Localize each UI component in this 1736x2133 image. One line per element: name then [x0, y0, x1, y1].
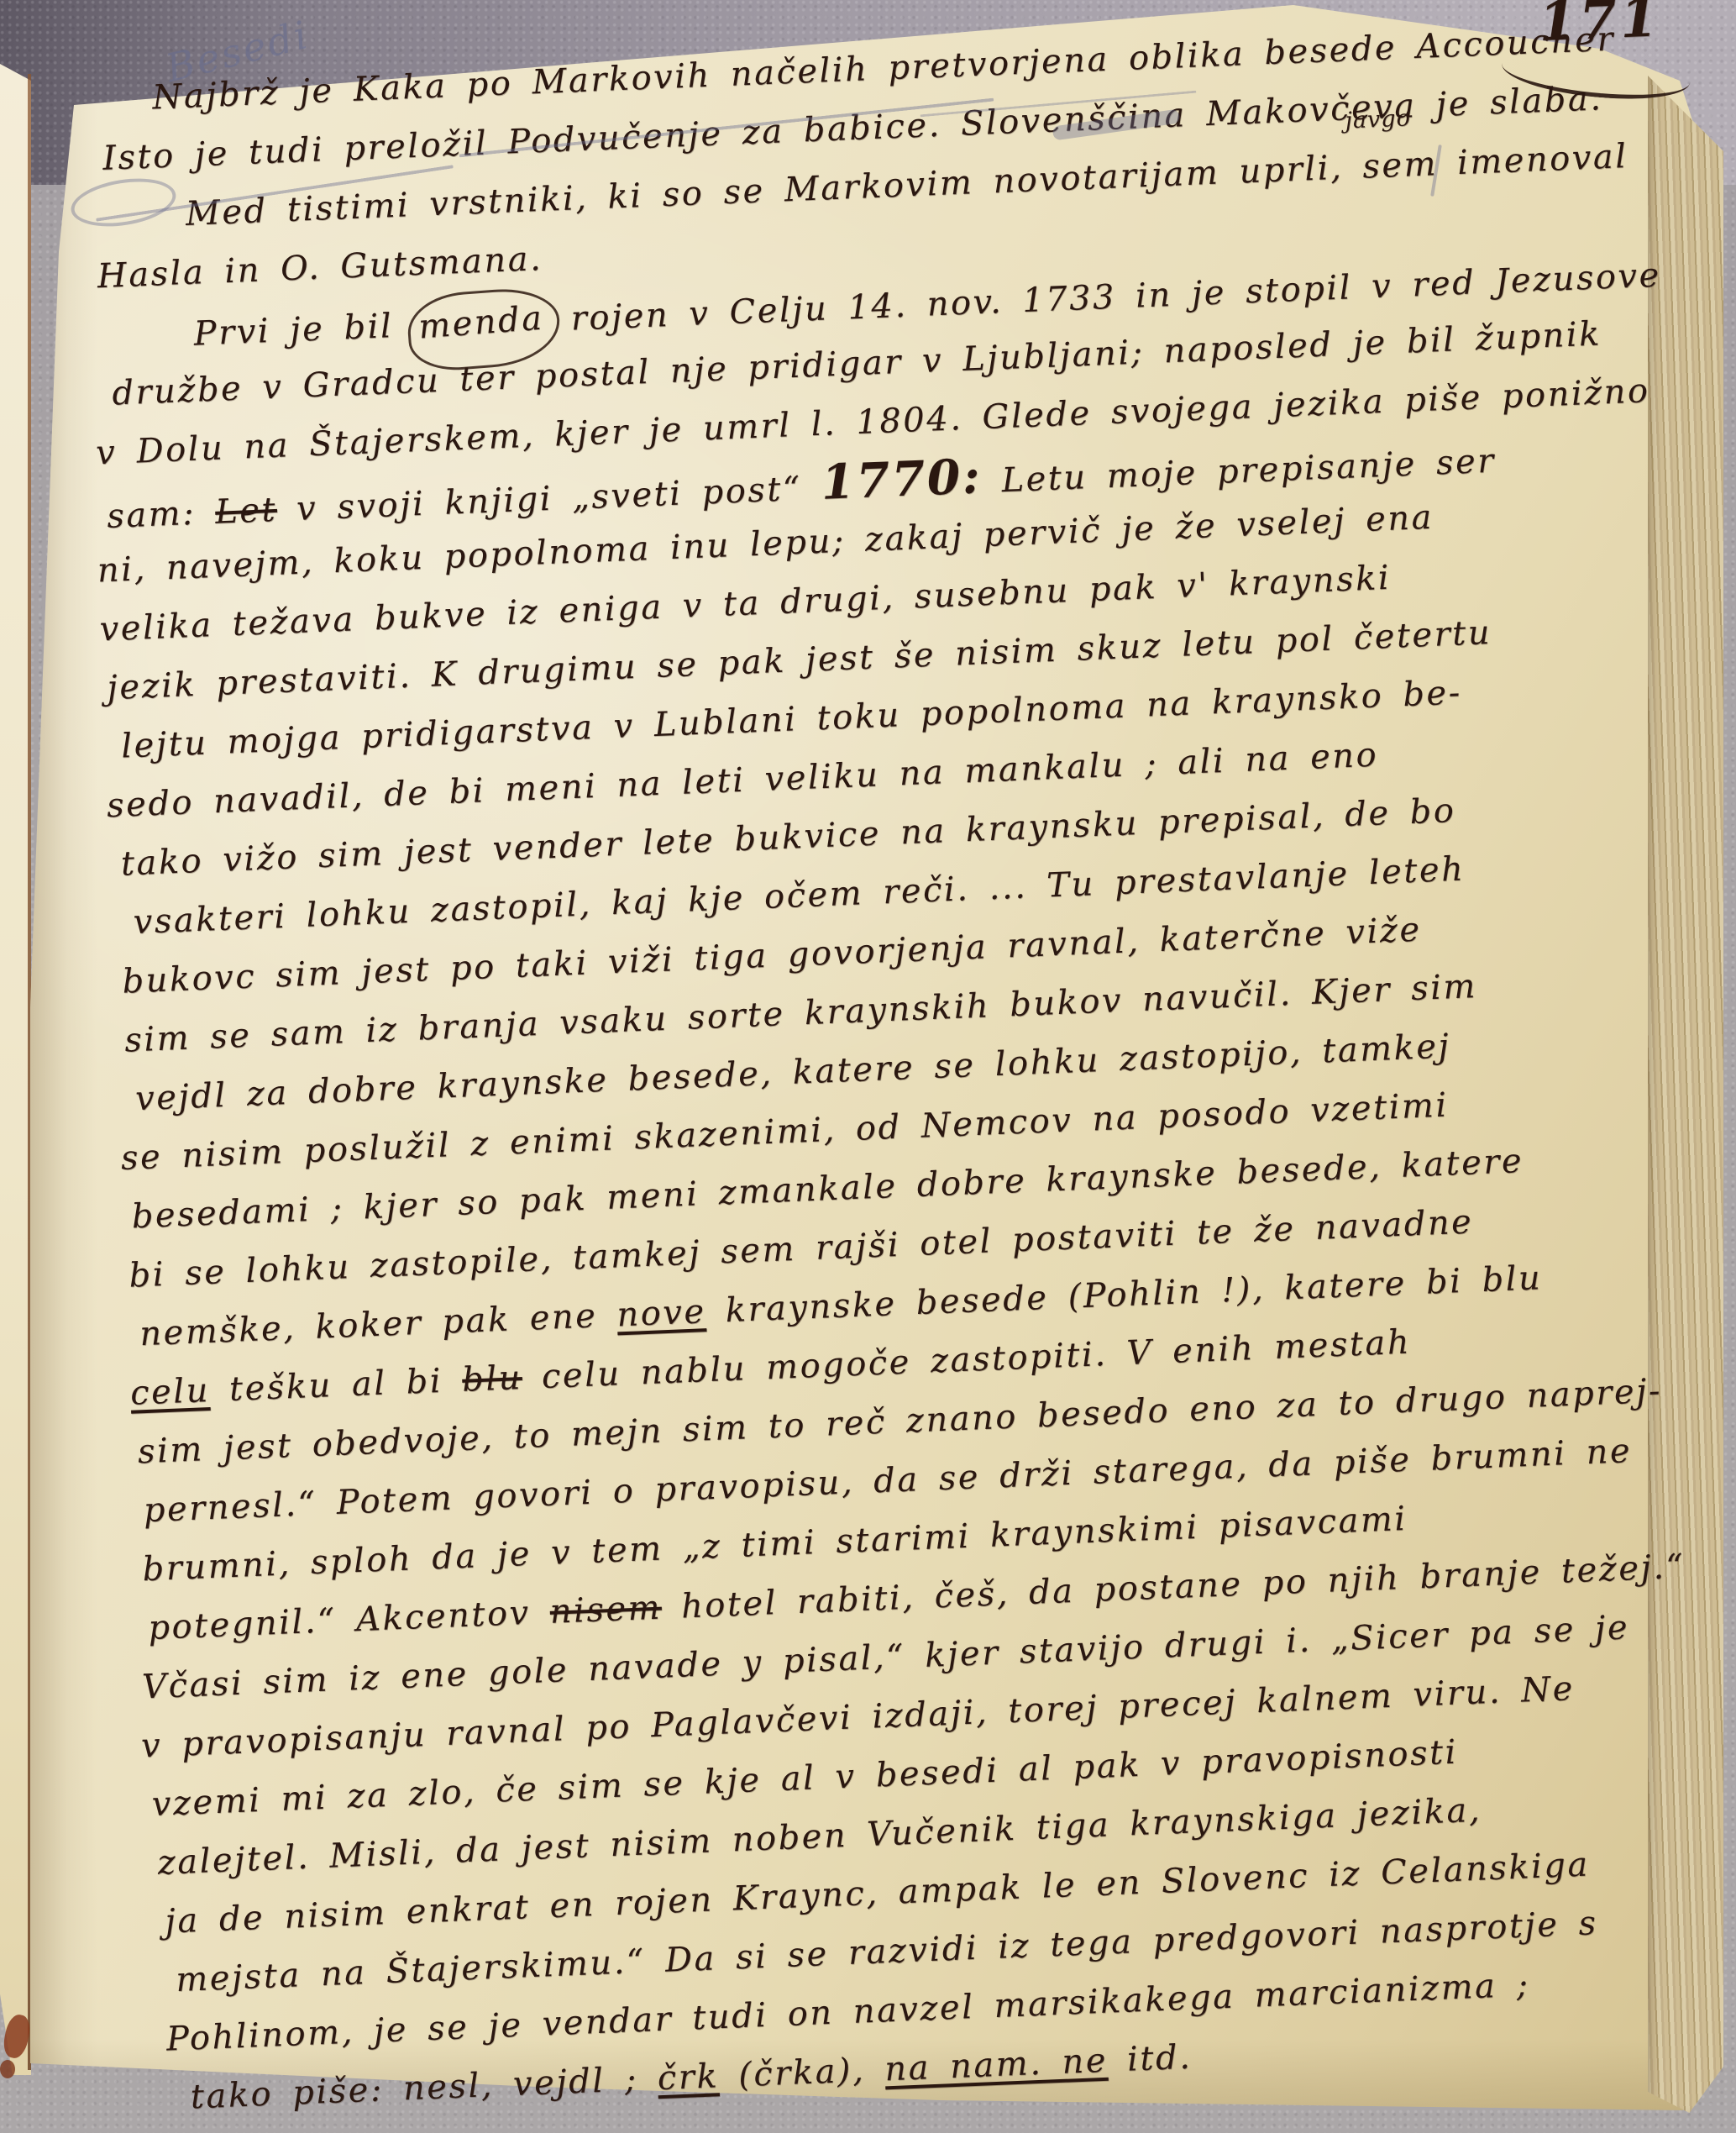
manuscript-segment: (črka),: [718, 2050, 885, 2095]
interlinear-insertion: javgo: [1345, 105, 1411, 134]
manuscript-segment: itd.: [1107, 2038, 1193, 2080]
manuscript-photo: 171 javgo Najbrž je Kaka po Markovih nač…: [0, 0, 1736, 2133]
manuscript-segment-strike: blu: [461, 1358, 522, 1400]
manuscript-segment: tešku al bi: [209, 1361, 463, 1410]
manuscript-segment: Hasla in O. Gutsmana.: [97, 239, 543, 296]
manuscript-segment: potegnil.“ Akcentov: [148, 1593, 551, 1647]
page-gutter-shadow: [30, 76, 97, 2075]
previous-page-edge: [0, 52, 31, 2075]
manuscript-segment: sam:: [106, 493, 216, 536]
manuscript-segment: tako piše: nesl, vejdl ;: [190, 2059, 658, 2116]
manuscript-text: 171 javgo Najbrž je Kaka po Markovih nač…: [99, 8, 1736, 2127]
manuscript-segment: Prvi je bil: [193, 306, 413, 353]
manuscript-segment: nemške, koker pak ene: [139, 1295, 617, 1353]
manuscript-segment-strike: Let: [214, 491, 278, 532]
spine-stain-small: [0, 2060, 15, 2078]
manuscript-segment-underline: nove: [616, 1292, 707, 1334]
manuscript-segment-big: 1770:: [820, 449, 983, 511]
manuscript-segment-underline: celu: [129, 1371, 210, 1413]
manuscript-segment-underline: črk: [657, 2057, 720, 2098]
manuscript-segment-strike: nisem: [549, 1589, 663, 1631]
manuscript-segment-underline: na nam. ne: [884, 2041, 1108, 2089]
